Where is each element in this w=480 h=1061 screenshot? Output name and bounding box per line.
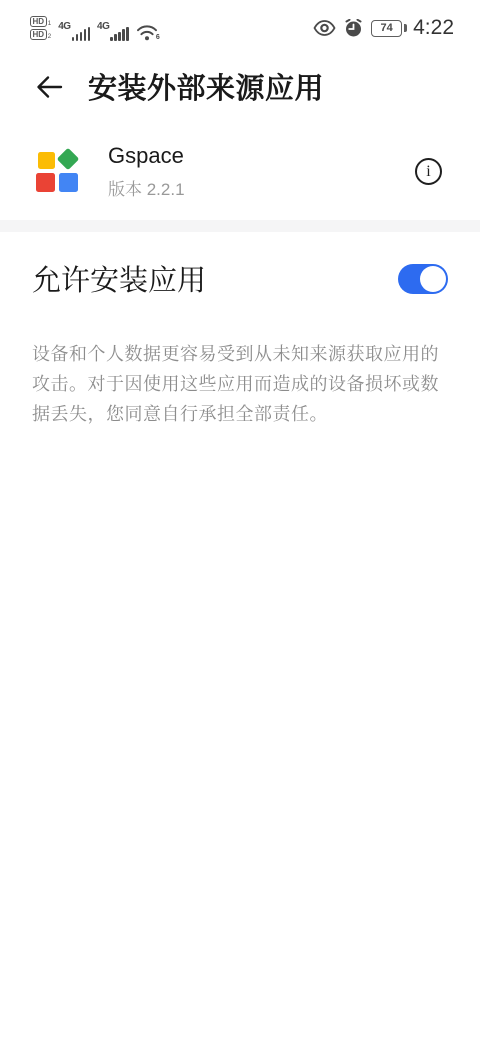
toggle-knob bbox=[420, 266, 446, 292]
network-type-label: 4G bbox=[58, 21, 70, 32]
title-bar: 安装外部来源应用 bbox=[0, 46, 480, 125]
status-bar: HD 1 HD 2 4G 4G 6 bbox=[0, 0, 480, 46]
hd-badges: HD 1 HD 2 bbox=[30, 16, 51, 40]
wifi-icon: 6 bbox=[136, 24, 160, 41]
alarm-clock-icon bbox=[344, 19, 363, 38]
icon-blue-square bbox=[59, 173, 78, 192]
hd-sim1-subscript: 1 bbox=[48, 20, 52, 27]
info-icon: i bbox=[426, 163, 430, 181]
allow-install-label: 允许安装应用 bbox=[32, 258, 206, 299]
battery-indicator: 74 bbox=[371, 20, 402, 37]
app-version: 版本 2.2.1 bbox=[108, 175, 185, 200]
back-button[interactable] bbox=[34, 72, 64, 102]
allow-install-row: 允许安装应用 bbox=[0, 232, 480, 323]
app-info-button[interactable]: i bbox=[415, 158, 442, 185]
section-divider bbox=[0, 220, 480, 232]
status-right-cluster: 74 4:22 bbox=[313, 16, 454, 40]
eye-comfort-icon bbox=[313, 20, 336, 36]
app-name: Gspace bbox=[108, 143, 185, 169]
network-type-label: 4G bbox=[97, 21, 109, 32]
icon-yellow-square bbox=[38, 152, 55, 169]
icon-green-diamond bbox=[57, 147, 80, 170]
page-title: 安装外部来源应用 bbox=[88, 66, 324, 107]
signal-bars-icon bbox=[110, 27, 129, 41]
battery-percent: 74 bbox=[381, 22, 393, 34]
app-text-block: Gspace 版本 2.2.1 bbox=[108, 143, 185, 200]
hd-sim2-subscript: 2 bbox=[48, 33, 52, 40]
back-arrow-icon bbox=[35, 74, 63, 100]
gspace-app-icon bbox=[36, 150, 80, 194]
clock-time: 4:22 bbox=[413, 16, 454, 40]
hd-volte-badge-sim1: HD 1 bbox=[30, 16, 51, 27]
signal-strength-sim2: 4G bbox=[97, 21, 129, 41]
wifi6-tag: 6 bbox=[156, 34, 160, 41]
app-info-row: Gspace 版本 2.2.1 i bbox=[0, 125, 480, 220]
hd-icon: HD bbox=[30, 29, 47, 40]
allow-install-toggle[interactable] bbox=[398, 264, 448, 294]
security-warning-text: 设备和个人数据更容易受到从未知来源获取应用的攻击。对于因使用这些应用而造成的设备… bbox=[0, 323, 480, 429]
status-left-cluster: HD 1 HD 2 4G 4G 6 bbox=[30, 16, 160, 41]
hd-icon: HD bbox=[30, 16, 47, 27]
hd-volte-badge-sim2: HD 2 bbox=[30, 29, 51, 40]
signal-strength-sim1: 4G bbox=[58, 21, 90, 41]
signal-bars-icon bbox=[72, 27, 91, 41]
icon-red-square bbox=[36, 173, 55, 192]
